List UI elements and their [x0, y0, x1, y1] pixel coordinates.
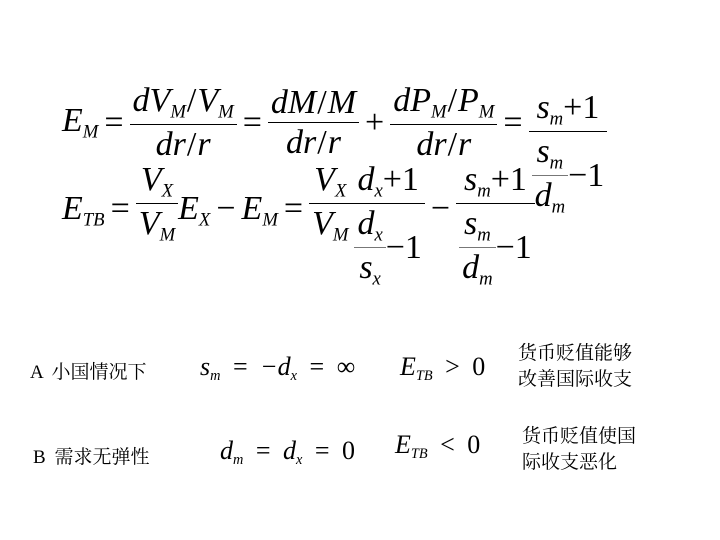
- case-a-condition: sm = −dx = ∞: [200, 352, 355, 385]
- fraction-dpm: dPM/PM dr/r: [390, 83, 497, 163]
- case-a-conclusion: 货币贬值能够 改善国际收支: [518, 340, 632, 392]
- case-b-result: ETB < 0: [395, 430, 480, 463]
- fraction-dm: dM/M dr/r: [268, 85, 359, 161]
- fraction-dvm: dVM/VM dr/r: [130, 83, 237, 163]
- formula-etb: ETB = VX VM EX − EM = VX VM dx+1 dxsx −1…: [62, 162, 535, 289]
- fraction-result-m: sm+1 smdm −1: [529, 90, 608, 217]
- fraction-sm: sm+1 smdm −1: [456, 162, 535, 289]
- case-a-result: ETB > 0: [400, 352, 485, 385]
- em-lhs: EM: [62, 102, 98, 144]
- case-a-label: A 小国情况下: [30, 357, 146, 384]
- fraction-vx-vm-2: VX VM: [309, 162, 351, 245]
- case-b-conclusion: 货币贬值使国 际收支恶化: [522, 423, 636, 475]
- case-b-condition: dm = dx = 0: [220, 436, 355, 469]
- case-b-label: B 需求无弹性: [33, 442, 149, 469]
- fraction-dx: dx+1 dxsx −1: [351, 162, 424, 289]
- etb-lhs: ETB: [62, 190, 105, 232]
- fraction-vx-vm: VX VM: [136, 162, 178, 245]
